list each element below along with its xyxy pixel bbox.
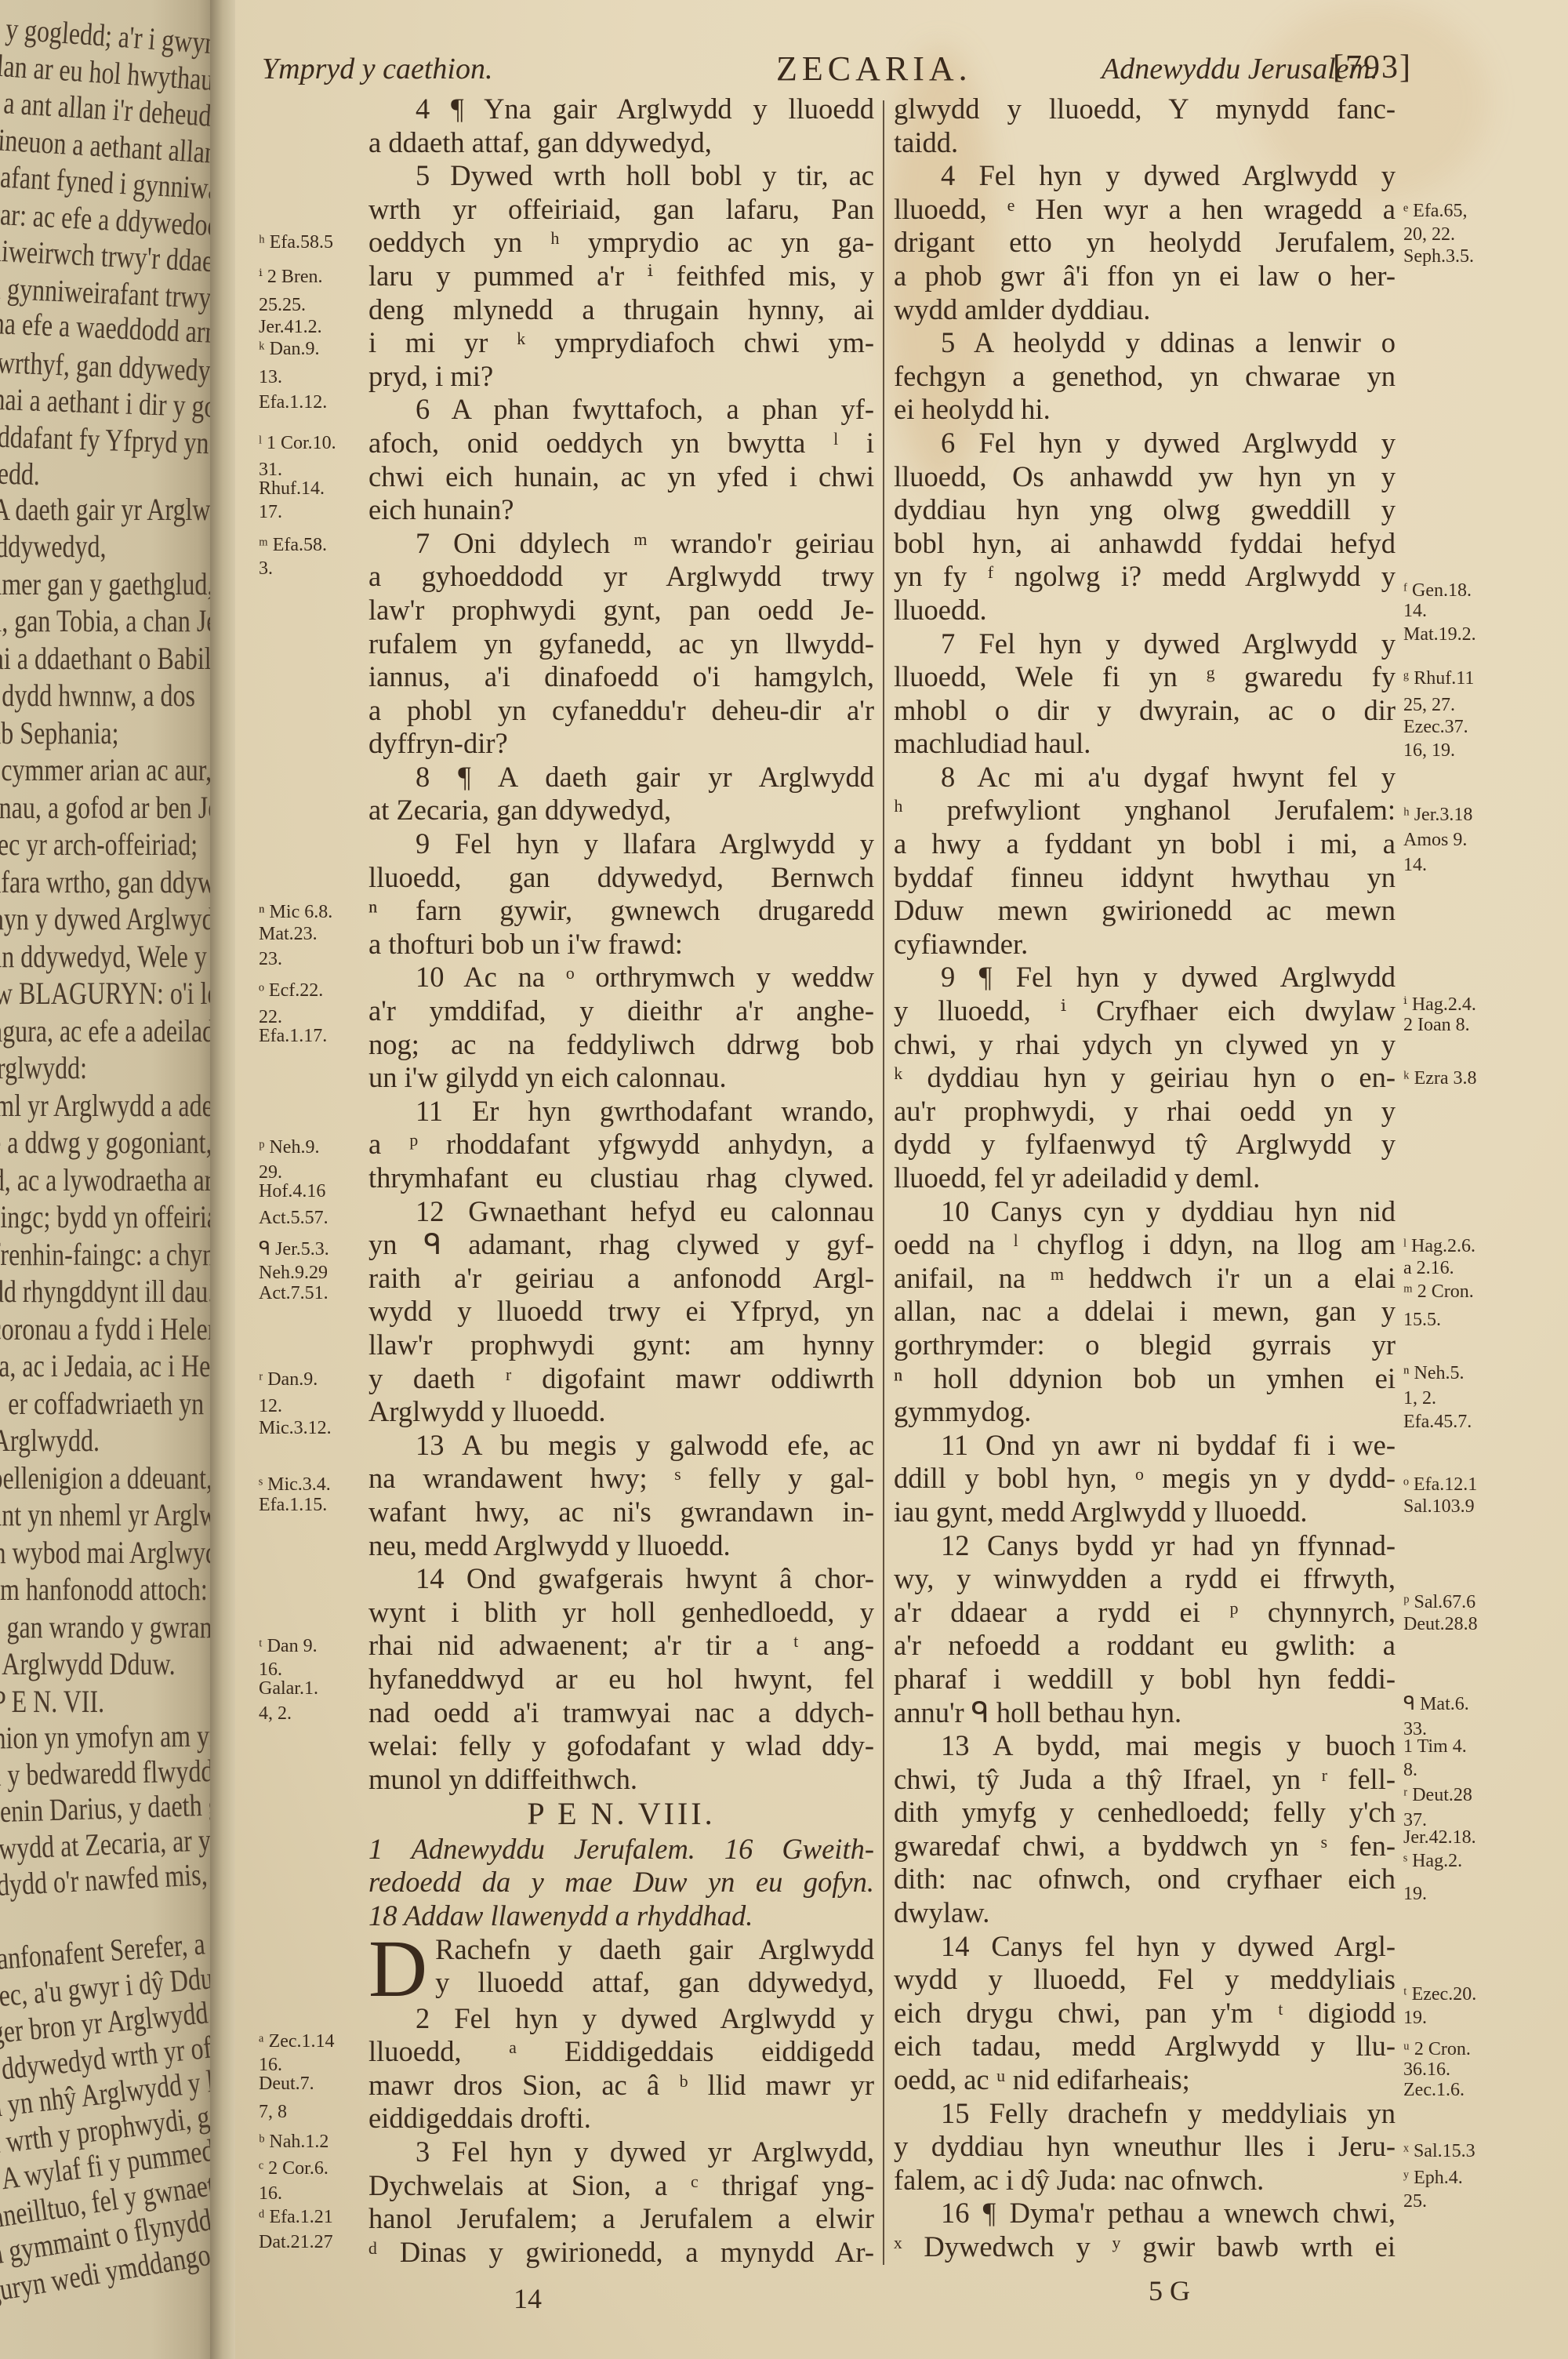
text-line: oedd na ˡ chyflog i ddyn, na llog am — [894, 1228, 1396, 1262]
cross-reference-note: 19. — [1403, 2008, 1427, 2028]
text-line: eich drygu chwi, pan y'm ᵗ digiodd — [894, 1997, 1396, 2030]
cross-reference-note: 8. — [1403, 1760, 1417, 1780]
text-line: ᵏ dyddiau hyn y geiriau hyn o en- — [894, 1061, 1396, 1095]
cross-reference-note: ᵏ Ezra 3.8 — [1403, 1068, 1477, 1089]
cross-reference-note: 3. — [259, 558, 273, 579]
text-line: ʰ prefwyliont ynghanol Jerufalem: — [894, 794, 1396, 827]
text-line: lluoedd, fel yr adeiladid y deml. — [894, 1161, 1396, 1195]
cross-reference-note: Deut.7. — [259, 2074, 314, 2094]
text-line: a ᵖ rhoddafant yfgwydd anhydyn, a — [368, 1128, 874, 1161]
previous-page-line: ed y dydd hwnnw, a dos — [0, 677, 195, 714]
text-line: ddill y bobl hyn, ᵒ megis yn y dydd- — [894, 1462, 1396, 1496]
text-line: 5 Dywed wrth holl bobl y tir, ac — [368, 159, 874, 193]
previous-page-line: ofedec yr arch-offeiriad; — [0, 826, 198, 863]
cross-reference-note: ʸ Eph.4. — [1403, 2168, 1463, 2188]
previous-page-line: y blagura, ac efe a adeilada — [0, 1012, 216, 1049]
chapter-summary-line: 18 Addaw llawenydd a rhyddhad. — [368, 1899, 874, 1933]
text-line: ⁿ holl ddynion bob un ymhen ei — [894, 1362, 1396, 1396]
previous-page-line: y rhai a ddaethant o Babilon, — [0, 640, 216, 677]
cross-reference-note: 2 Ioan 8. — [1403, 1015, 1470, 1035]
cross-reference-note: 29. — [259, 1162, 282, 1183]
cross-reference-note: 14. — [1403, 601, 1427, 621]
previous-page-line: gan ddywedyd, — [0, 528, 107, 565]
left-column: 4 ¶ Yna gair Arglwydd y lluoedda ddaeth … — [368, 93, 874, 2269]
text-line: 14 Ond gwafgerais hwynt â chor- — [368, 1562, 874, 1596]
text-line: oedd, ac ᵘ nid edifarheais; — [894, 2063, 1396, 2097]
text-line: munol yn ddiffeithwch. — [368, 1763, 874, 1797]
previous-page-line: gogledd. — [0, 453, 41, 493]
text-line: 7 Fel hyn y dywed Arglwydd y — [894, 627, 1396, 661]
text-line: nad oedd a'i tramwyai nac a ddych- — [368, 1696, 874, 1730]
cross-reference-note: ᶜ 2 Cor.6. — [259, 2158, 328, 2179]
text-line: a'r ddaear a rydd ei ᵖ chynnyrch, — [894, 1596, 1396, 1630]
cross-reference-note: Act.7.51. — [259, 1283, 328, 1303]
cross-reference-note: ⁱ Hag.2.4. — [1403, 994, 1476, 1015]
text-line: rhai nid adwaenent; a'r tir a ᵗ ang- — [368, 1629, 874, 1663]
previous-page-edge: h dir y gogledd; a'r i gwyn-nt allan ar … — [0, 0, 216, 2359]
cross-reference-note: Deut.28.8 — [1403, 1614, 1478, 1634]
previous-page-line: l yr Arglwydd. — [0, 1422, 100, 1459]
previous-page-line: e, teml yr Arglwydd a adeilada — [0, 1087, 216, 1124]
text-line: 8 Ac mi a'u dygaf hwynt fel y — [894, 761, 1396, 794]
text-line: ⁿ farn gywir, gwnewch drugaredd — [368, 894, 874, 928]
opening-line: y lluoedd attaf, gan ddywedyd, — [368, 1966, 874, 2000]
drop-cap: D — [368, 1936, 427, 2002]
cross-reference-note: Zec.1.6. — [1403, 2080, 1465, 2100]
text-line: dith: nac ofnwch, ond cryfhaer eich — [894, 1863, 1396, 1896]
text-line: 12 Gwnaethant hefyd eu calonnau — [368, 1195, 874, 1229]
cross-reference-note: 16. — [259, 2183, 282, 2204]
cross-reference-note: ᶠ Gen.18. — [1403, 580, 1472, 601]
cross-reference-note: 25.25. — [259, 295, 306, 315]
text-line: 6 Fel hyn y dywed Arglwydd y — [894, 427, 1396, 460]
text-line: eiddigeddais drofti. — [368, 2102, 874, 2135]
cross-reference-note: ᵒ Efa.12.1 — [1403, 1474, 1477, 1495]
previous-page-line: A llafara wrtho, gan ddywe- — [0, 863, 216, 900]
text-line: welai: felly y gofodafant y wlad ddy- — [368, 1729, 874, 1763]
previous-page-line: Tobia, ac i Jedaia, ac i Hen mab — [0, 1347, 216, 1384]
text-line: Dychwelais at Sion, a ᶜ thrigaf yng- — [368, 2169, 874, 2203]
previous-page-line: A'r coronau a fydd i Helem, — [0, 1310, 216, 1347]
text-line: 13 A bu megis y galwodd efe, ac — [368, 1429, 874, 1463]
text-line: iau gynt, medd Arglwydd y lluoedd. — [894, 1496, 1396, 1529]
previous-page-line: eldai, gan Tobia, a chan Je- — [0, 602, 216, 639]
cross-reference-note: Mat.19.2. — [1403, 624, 1476, 645]
text-line: 6 A phan fwyttafoch, a phan yf- — [368, 393, 874, 427]
cross-reference-note: Rhuf.14. — [259, 478, 325, 499]
text-line: oeddych yn ʰ ymprydio ac yn ga- — [368, 226, 874, 260]
previous-page-line: 'i enw BLAGURYN: o'i le — [0, 975, 216, 1012]
previous-page-line: c efe a ddwg y gogoniant, a — [0, 1124, 216, 1161]
cross-reference-note: ᵖ Neh.9. — [259, 1137, 319, 1158]
text-line: fechgyn a genethod, yn chwarae yn — [894, 360, 1396, 394]
cross-reference-note: 7, 8 — [259, 2102, 287, 2122]
cross-reference-note: 16, 19. — [1403, 740, 1455, 761]
text-line: 13 A bydd, mai megis y buoch — [894, 1729, 1396, 1763]
previous-page-line: a fydd rhyngddynt ill dau. — [0, 1273, 214, 1310]
text-line: afoch, onid oeddych yn bwytta ˡ i — [368, 427, 874, 460]
text-line: lluoedd. — [894, 594, 1396, 627]
cross-reference-note: 22. — [259, 1007, 282, 1027]
text-line: machludiad haul. — [894, 727, 1396, 761]
previous-page-line: d, gan ddywedyd, Wele y — [0, 938, 207, 975]
previous-page-line: in-faingc; bydd yn offeiriad ar — [0, 1198, 216, 1235]
previous-page-line: lonyddafant fy Yfpryd yn — [0, 416, 209, 461]
signature-mark-right: 5 G — [1149, 2274, 1190, 2307]
cross-reference-note: a 2.16. — [1403, 1258, 1454, 1278]
cross-reference-note: ᵐ Efa.58. — [259, 535, 327, 555]
text-line: glwydd y lluoedd, Y mynydd fanc- — [894, 93, 1396, 126]
text-line: 2 Fel hyn y dywed Arglwydd y — [368, 2002, 874, 2036]
previous-page-line: iladant yn nheml yr Arglwydd, — [0, 1496, 216, 1533]
text-line: lluoedd, gan ddywedyd, Bernwch — [368, 861, 874, 895]
text-line: na wrandawent hwy; ˢ felly y gal- — [368, 1462, 874, 1496]
text-line: ˣ Dywedwch y ʸ gwir bawb wrth ei — [894, 2230, 1396, 2264]
cross-reference-note: ᵍ Rhuf.11 — [1403, 668, 1474, 689]
text-line: gymmydog. — [894, 1395, 1396, 1429]
text-line: wafant hwy, ac ni's gwrandawn in- — [368, 1496, 874, 1529]
previous-page-line: caethion yn ymofyn am ympryd. — [0, 1717, 216, 1757]
text-line: Arglwydd y lluoedd. — [368, 1395, 874, 1429]
cross-reference-note: ˡ Hag.2.6. — [1403, 1236, 1475, 1256]
cross-reference-note: 1 Tim 4. — [1403, 1736, 1467, 1757]
text-line: at Zecaria, gan ddywedyd, — [368, 794, 874, 827]
cross-reference-note: ᵇ Nah.1.2 — [259, 2132, 328, 2152]
cross-reference-note: Jer.42.18. — [1403, 1827, 1476, 1848]
cross-reference-note: 23. — [259, 949, 282, 969]
cross-reference-note: ᵗ Ezec.20. — [1403, 1984, 1476, 2005]
cross-reference-note: ᑫ Jer.5.3. — [259, 1239, 329, 1259]
cross-reference-note: 17. — [259, 502, 282, 522]
previous-page-line: A'r pellenigion a ddeuant, ac — [0, 1459, 216, 1496]
text-line: wydd amlder dyddiau. — [894, 293, 1396, 327]
chapter-heading: P E N. VIII. — [368, 1797, 874, 1831]
right-column: glwydd y lluoedd, Y mynydd fanc-taidd.4 … — [894, 93, 1396, 2264]
cross-reference-note: Jer.41.2. — [259, 317, 322, 337]
text-line: eich hunain? — [368, 493, 874, 527]
cross-reference-note: ᵘ 2 Cron. — [1403, 2039, 1471, 2059]
text-line: 11 Ond yn awr ni byddaf fi i we- — [894, 1429, 1396, 1463]
text-line: mawr dros Sion, ac â ᵇ llid mawr yr — [368, 2069, 874, 2103]
cross-reference-note: ᵗ Dan 9. — [259, 1636, 318, 1656]
cross-reference-note: 12. — [259, 1396, 282, 1416]
text-line: 9 ¶ Fel hyn y dywed Arglwydd — [894, 961, 1396, 994]
cross-reference-note: Dat.21.27 — [259, 2232, 333, 2252]
cross-reference-note: Mat.23. — [259, 924, 318, 944]
previous-page-line: dd a'm hanfonodd attoch: a hyn — [0, 1571, 216, 1608]
cross-reference-note: ⁱ 2 Bren. — [259, 267, 322, 287]
cross-reference-note: ᵈ Efa.1.21 — [259, 2207, 333, 2227]
cross-reference-note: 31. — [259, 460, 282, 480]
text-line: 3 Fel hyn y dywed yr Arglwydd, — [368, 2135, 874, 2169]
previous-page-line: Cymmer gan y gaethglud, — [0, 565, 213, 602]
right-column-verses: glwydd y lluoedd, Y mynydd fanc-taidd.4 … — [894, 93, 1396, 2264]
left-margin-notes: ʰ Efa.58.5ⁱ 2 Bren.25.25.Jer.41.2.ᵏ Dan.… — [259, 0, 376, 2359]
text-line: taidd. — [894, 126, 1396, 160]
cross-reference-note: 14. — [1403, 855, 1427, 875]
cross-reference-note: ʳ Dan.9. — [259, 1369, 318, 1390]
signature-mark-left: 14 — [514, 2282, 542, 2315]
text-line: lluoedd, ᵉ Hen wyr a hen wragedd a — [894, 193, 1396, 227]
text-line: 16 ¶ Dyma'r pethau a wnewch chwi, — [894, 2197, 1396, 2230]
previous-page-line: goronau, a gofod ar ben Jofua — [0, 789, 216, 826]
bible-page: Ympryd y caethion. ZECARIA. Adnewyddu Je… — [235, 0, 1568, 2359]
text-line: dydd y fylfaenwyd tŷ Arglwydd y — [894, 1128, 1396, 1161]
cross-reference-note: Ezec.37. — [1403, 717, 1468, 737]
text-line: 9 Fel hyn y llafara Arglwydd y — [368, 827, 874, 861]
previous-page-line: Yna cymmer arian ac aur, a — [0, 751, 216, 788]
cross-reference-note: Neh.9.29 — [259, 1263, 328, 1283]
cross-reference-note: Efa.1.15. — [259, 1495, 327, 1515]
cross-reference-note: 4, 2. — [259, 1703, 292, 1724]
cross-reference-note: 36.16. — [1403, 2059, 1450, 2080]
cross-reference-note: ˣ Sal.15.3 — [1403, 2141, 1475, 2161]
cross-reference-note: ᵉ Efa.65, — [1403, 201, 1467, 221]
text-line: 5 A heolydd y ddinas a lenwir o — [894, 326, 1396, 360]
text-line: wrth yr offeiriaid, gan lafaru, Pan — [368, 193, 874, 227]
previous-page-line: ftedd, ac a lywodraetha ar ei — [0, 1161, 216, 1198]
text-line: rufalem yn gyfanedd, ac yn llwydd- — [368, 627, 874, 661]
cross-reference-note: Sal.103.9 — [1403, 1496, 1475, 1517]
previous-page-line: P E N. VII. — [0, 1683, 104, 1720]
chapter-summary: 1 Adnewyddu Jerufalem. 16 Gweith-redoedd… — [368, 1833, 874, 1933]
cross-reference-note: Galar.1. — [259, 1678, 318, 1699]
cross-reference-note: 16. — [259, 2055, 282, 2075]
cross-reference-note: ˢ Hag.2. — [1403, 1851, 1462, 1871]
text-line: pharaf i weddill y bobl hyn feddi- — [894, 1663, 1396, 1696]
cross-reference-note: 13. — [259, 367, 282, 387]
text-line: llaw'r prophwydi gynt: am hynny — [368, 1329, 874, 1362]
text-line: a ddaeth attaf, gan ddywedyd, — [368, 126, 874, 160]
text-line: a'r ymddifad, y dieithr a'r anghe- — [368, 994, 874, 1028]
text-line: dith ymyfg y cenhedloedd; felly y'ch — [894, 1796, 1396, 1830]
text-line: a phob gwr â'i ffon yn ei law o her- — [894, 260, 1396, 293]
cross-reference-note: Efa.1.12. — [259, 392, 327, 413]
chapter-summary-line: 1 Adnewyddu Jerufalem. 16 Gweith- — [368, 1833, 874, 1866]
text-line: deng mlynedd a thrugain hynny, ai — [368, 293, 874, 327]
cross-reference-note: ⁿ Neh.5. — [1403, 1363, 1465, 1383]
chapter-summary-line: redoedd da y mae Duw yn eu gofyn. — [368, 1866, 874, 1899]
cross-reference-note: ˡ 1 Cor.10. — [259, 433, 336, 453]
text-line: drigant etto yn heolydd Jerufalem, — [894, 226, 1396, 260]
text-line: laru y pummed a'r ⁱ feithfed mis, y — [368, 260, 874, 293]
running-head: Ympryd y caethion. ZECARIA. Adnewyddu Je… — [235, 49, 1568, 96]
text-line: nog; ac na feddyliwch ddrwg bob — [368, 1028, 874, 1062]
text-line: chwi eich hunain, ac yn yfed i chwi — [368, 460, 874, 494]
text-line: annu'r ᑫ holl bethau hyn. — [894, 1696, 1396, 1730]
cross-reference-note: ʰ Jer.3.18 — [1403, 805, 1472, 825]
text-line: gwaredaf chwi, a byddwch yn ˢ fen- — [894, 1830, 1396, 1863]
opening-line: Rachefn y daeth gair Arglwydd — [368, 1933, 874, 1967]
cross-reference-note: Act.5.57. — [259, 1208, 328, 1228]
previous-page-line: yr Arglwydd: — [0, 1049, 87, 1086]
cross-reference-note: Seph.3.5. — [1403, 246, 1474, 267]
text-line: bobl hyn, ai anhawdd fyddai hefyd — [894, 527, 1396, 561]
text-line: wydd y lluoedd trwy ei Yfpryd, yn — [368, 1295, 874, 1329]
left-column-verses: 4 ¶ Yna gair Arglwydd y lluoedda ddaeth … — [368, 93, 874, 1796]
previous-page-line: ewch wybod mai Arglwydd y — [0, 1534, 216, 1571]
cross-reference-note: 25. — [1403, 2191, 1427, 2212]
text-line: falem, ac i dŷ Juda: nac ofnwch. — [894, 2164, 1396, 2197]
text-line: 15 Felly drachefn y meddyliais yn — [894, 2097, 1396, 2131]
text-line: 14 Canys fel hyn y dywed Argl- — [894, 1930, 1396, 1964]
text-line: y daeth ʳ digofaint mawr oddiwrth — [368, 1362, 874, 1396]
text-line: 8 ¶ A daeth gair yr Arglwydd — [368, 761, 874, 794]
text-line: neu, medd Arglwydd y lluoedd. — [368, 1529, 874, 1563]
text-line: a hwy a fyddant yn bobl i mi, a — [894, 827, 1396, 861]
text-line: wynt i blith yr holl genhedloedd, y — [368, 1596, 874, 1630]
cross-reference-note: 16. — [259, 1659, 282, 1680]
left-column-verses-ch8: 2 Fel hyn y dywed Arglwydd ylluoedd, ᵃ E… — [368, 2002, 874, 2270]
text-line: allan, nac a ddelai i mewn, gan y — [894, 1295, 1396, 1329]
previous-page-line: ania; er coffadwriaeth yn — [0, 1385, 204, 1422]
text-line: i mi yr ᵏ ymprydiafoch chwi ym- — [368, 326, 874, 360]
text-line: Dduw mewn gwirionedd ac mewn — [894, 894, 1396, 928]
text-line: pryd, i mi? — [368, 360, 874, 394]
chapter-block: P E N. VIII. 1 Adnewyddu Jerufalem. 16 G… — [368, 1797, 874, 2001]
cross-reference-note: ᑫ Mat.6. — [1403, 1694, 1469, 1714]
previous-page-line: r ei frenhin-faingc: a chyngor — [0, 1236, 216, 1273]
text-line: dyffryn-dir? — [368, 727, 874, 761]
text-line: y dyddiau hyn wneuthur lles i Jeru- — [894, 2130, 1396, 2164]
text-line: lluoedd, Wele fi yn ᵍ gwaredu fy — [894, 660, 1396, 694]
cross-reference-note: Mic.3.12. — [259, 1418, 332, 1438]
text-line: y lluoedd, ⁱ Cryfhaer eich dwylaw — [894, 994, 1396, 1028]
text-line: wydd y lluoedd, Fel y meddyliais — [894, 1963, 1396, 1997]
text-line: ᵈ Dinas y gwirionedd, a mynydd Ar- — [368, 2236, 874, 2270]
text-line: byddaf finneu iddynt hwythau yn — [894, 861, 1396, 895]
cross-reference-note: ʰ Efa.58.5 — [259, 232, 333, 253]
chapter-opening: D Rachefn y daeth gair Arglwydd y lluoed… — [368, 1933, 874, 2002]
column-rule — [883, 100, 884, 2265]
text-line: mhobl o dir y dwyrain, ac o dir — [894, 694, 1396, 728]
right-margin-notes: ᵉ Efa.65,20, 22.Seph.3.5.ᶠ Gen.18.14.Mat… — [1403, 0, 1560, 2359]
text-line: anifail, na ᵐ heddwch i'r un a elai — [894, 1262, 1396, 1296]
text-line: iannus, a'i dinafoedd o'i hamgylch, — [368, 660, 874, 694]
text-line: eich tadau, medd Arglwydd y llu- — [894, 2030, 1396, 2063]
text-line: lluoedd, ᵃ Eiddigeddais eiddigedd — [368, 2035, 874, 2069]
page-number: [793] — [1333, 49, 1412, 86]
cross-reference-note: ᵏ Dan.9. — [259, 339, 320, 359]
text-line: yn fy ᶠ ngolwg i? medd Arglwydd y — [894, 560, 1396, 594]
text-line: 10 Canys cyn y dyddiau hyn nid — [894, 1195, 1396, 1229]
book-title: ZECARIA. — [776, 49, 972, 89]
text-line: a thofturi bob un i'w frawd: — [368, 928, 874, 961]
text-line: chwi, y rhai ydych yn clywed yn y — [894, 1028, 1396, 1062]
text-line: hyfaneddwyd ar eu hol hwynt, fel — [368, 1663, 874, 1696]
previous-page-line: is yr Arglwydd Dduw. — [0, 1645, 176, 1682]
text-line: law'r prophwydi gynt, pan oedd Je- — [368, 594, 874, 627]
cross-reference-note: Amos 9. — [1403, 830, 1467, 850]
text-line: a phobl yn cyfaneddu'r deheu-dir a'r — [368, 694, 874, 728]
cross-reference-note: Efa.1.17. — [259, 1026, 327, 1046]
cross-reference-note: Hof.4.16 — [259, 1181, 325, 1201]
text-line: 10 Ac na ᵒ orthrymwch y weddw — [368, 961, 874, 994]
text-line: chwi, tŷ Juda a thŷ Ifrael, yn ʳ fell- — [894, 1763, 1396, 1797]
cross-reference-note: ᵖ Sal.67.6 — [1403, 1592, 1475, 1612]
previous-page-line: Fel hyn y dywed Arglwydd y — [0, 900, 216, 937]
cross-reference-note: ⁿ Mic 6.8. — [259, 902, 332, 922]
text-line: au'r prophwydi, y rhai oedd yn y — [894, 1095, 1396, 1129]
text-line: un i'w gilydd yn eich calonnau. — [368, 1061, 874, 1095]
text-line: 7 Oni ddylech ᵐ wrando'r geiriau — [368, 527, 874, 561]
text-line: thrymhafant eu clustiau rhag clywed. — [368, 1161, 874, 1195]
text-line: gorthrymder: o blegid gyrrais yr — [894, 1329, 1396, 1362]
text-line: dyddiau hyn yng olwg gweddill y — [894, 493, 1396, 527]
text-line: a gyhoeddodd yr Arglwydd trwy — [368, 560, 874, 594]
text-line: 11 Er hyn gwrthodafant wrando, — [368, 1095, 874, 1129]
text-line: lluoedd, Os anhawdd yw hyn yn y — [894, 460, 1396, 494]
text-line: a'r nefoedd a roddant eu gwlith: a — [894, 1629, 1396, 1663]
cross-reference-note: Efa.45.7. — [1403, 1412, 1472, 1432]
previous-page-line: a mab Sephania; — [0, 714, 118, 751]
cross-reference-note: 15.5. — [1403, 1310, 1441, 1330]
text-line: ei heolydd hi. — [894, 393, 1396, 427]
cross-reference-note: ᵒ Ecf.22. — [259, 980, 323, 1001]
cross-reference-note: 19. — [1403, 1884, 1427, 1904]
text-line: hanol Jerufalem; a Jerufalem a elwir — [368, 2202, 874, 2236]
previous-page-line: A daeth gair yr Arglwydd — [0, 491, 216, 528]
text-line: dwylaw. — [894, 1896, 1396, 1930]
text-line: 4 ¶ Yna gair Arglwydd y lluoedd — [368, 93, 874, 126]
previous-page-line: d, os gan wrando y gwrandewch — [0, 1608, 216, 1645]
cross-reference-note: 25, 27. — [1403, 695, 1455, 715]
text-line: 12 Canys bydd yr had yn ffynnad- — [894, 1529, 1396, 1563]
cross-reference-note: ˢ Mic.3.4. — [259, 1474, 331, 1495]
cross-reference-note: ʳ Deut.28 — [1403, 1785, 1472, 1805]
cross-reference-note: 1, 2. — [1403, 1388, 1436, 1408]
text-line: raith a'r geiriau a anfonodd Argl- — [368, 1262, 874, 1296]
cross-reference-note: ᵃ Zec.1.14 — [259, 2031, 335, 2052]
text-line: yn ᑫ adamant, rhag clywed y gyf- — [368, 1228, 874, 1262]
text-line: cyfiawnder. — [894, 928, 1396, 961]
cross-reference-note: ᵐ 2 Cron. — [1403, 1281, 1474, 1302]
text-line: 4 Fel hyn y dywed Arglwydd y — [894, 159, 1396, 193]
cross-reference-note: 20, 22. — [1403, 224, 1455, 245]
text-line: wy, y winwydden a rydd ei ffrwyth, — [894, 1562, 1396, 1596]
